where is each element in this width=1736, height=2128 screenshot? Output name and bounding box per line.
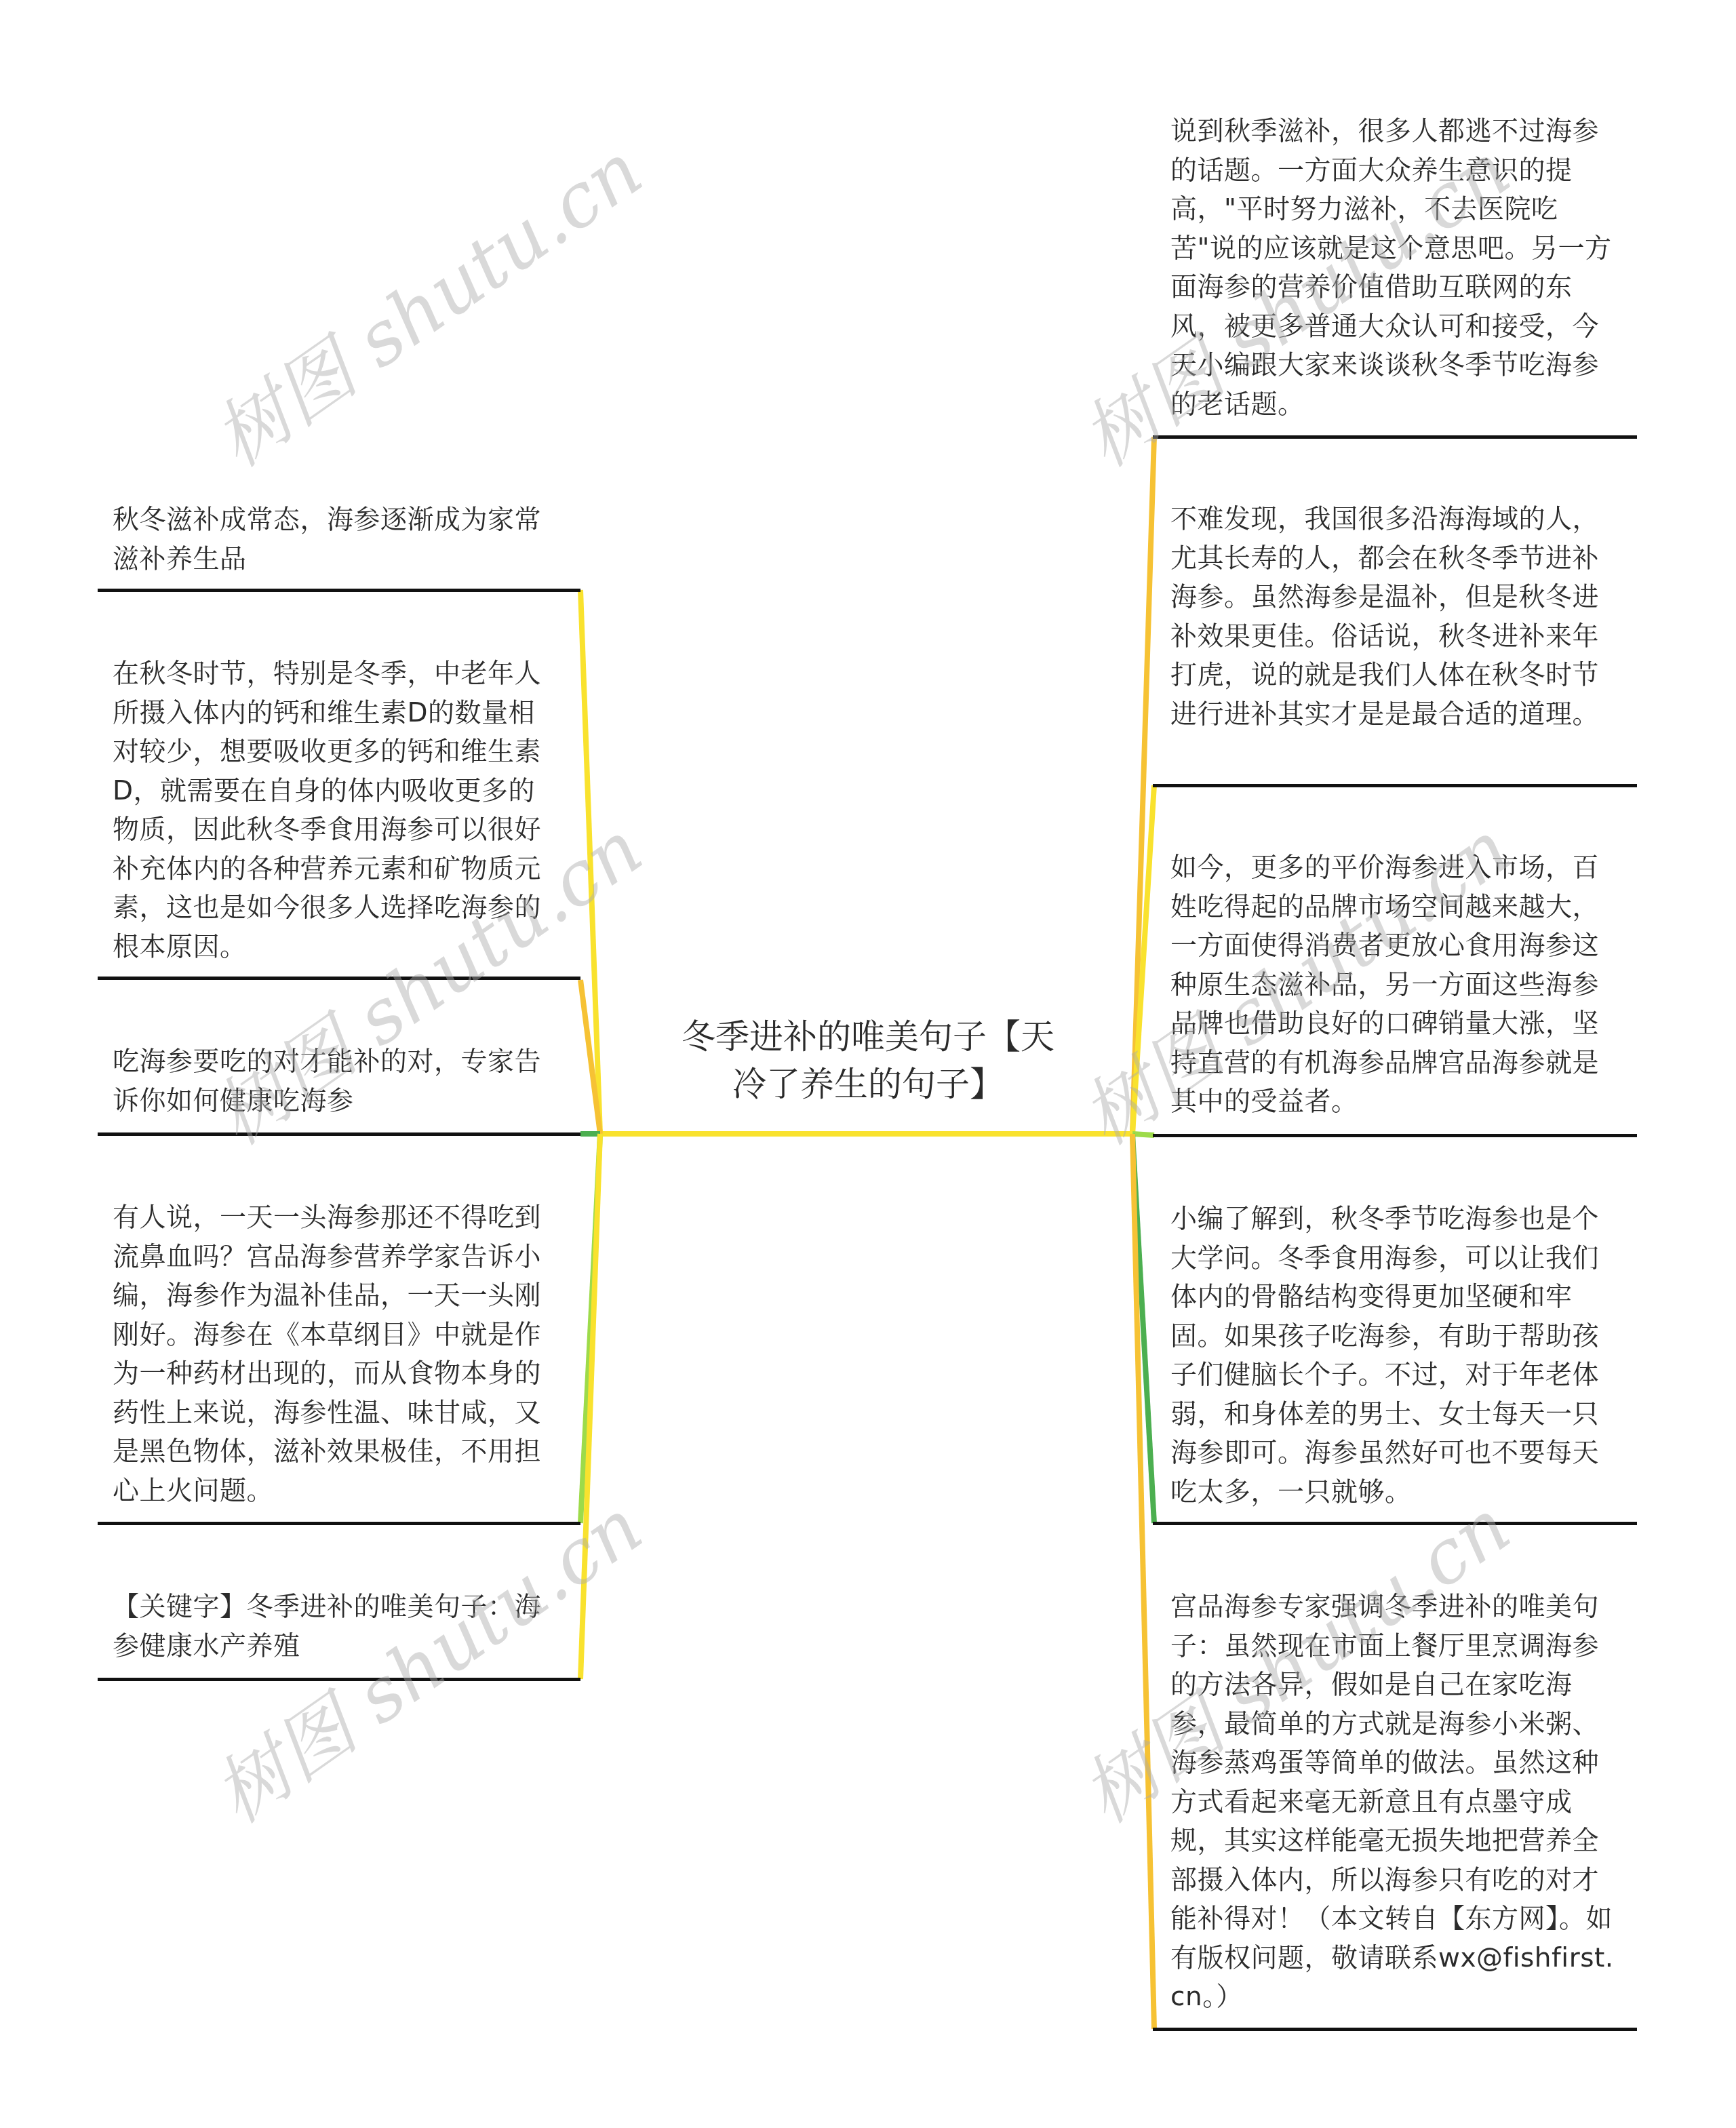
- node-underline: [98, 1678, 580, 1681]
- node-text: 如今，更多的平价海参进入市场，百姓吃得起的品牌市场空间越来越大，一方面使得消费者…: [1170, 848, 1618, 1122]
- right-node-2[interactable]: 不难发现，我国很多沿海海域的人，尤其长寿的人，都会在秋冬季节进补海参。虽然海参是…: [1153, 439, 1637, 787]
- node-text: 吃海参要吃的对才能补的对，专家告诉你如何健康吃海参: [113, 1042, 553, 1120]
- node-text: 小编了解到，秋冬季节吃海参也是个大学问。冬季食用海参，可以让我们体内的骨骼结构变…: [1170, 1200, 1618, 1512]
- node-text: 在秋冬时节，特别是冬季，中老年人所摄入体内的钙和维生素D的数量相对较少，想要吸收…: [113, 654, 553, 966]
- node-underline: [1153, 2028, 1637, 2031]
- node-text: 不难发现，我国很多沿海海域的人，尤其长寿的人，都会在秋冬季节进补海参。虽然海参是…: [1170, 500, 1618, 734]
- right-node-3[interactable]: 如今，更多的平价海参进入市场，百姓吃得起的品牌市场空间越来越大，一方面使得消费者…: [1153, 787, 1637, 1137]
- central-topic[interactable]: 冬季进补的唯美句子【天 冷了养生的句子】: [637, 1013, 1099, 1108]
- left-node-1[interactable]: 秋冬滋补成常态，海参逐渐成为家常滋补养生品: [98, 495, 580, 592]
- left-node-4[interactable]: 有人说，一天一头海参那还不得吃到流鼻血吗？宫品海参营养学家告诉小编，海参作为温补…: [98, 1136, 580, 1525]
- node-text: 秋冬滋补成常态，海参逐渐成为家常滋补养生品: [113, 500, 553, 578]
- central-topic-line-1: 冬季进补的唯美句子【天: [637, 1013, 1099, 1061]
- right-node-1[interactable]: 说到秋季滋补，很多人都逃不过海参的话题。一方面大众养生意识的提高，"平时努力滋补…: [1153, 109, 1637, 439]
- left-node-3[interactable]: 吃海参要吃的对才能补的对，专家告诉你如何健康吃海参: [98, 980, 580, 1136]
- node-text: 【关键字】冬季进补的唯美句子：海参健康水产养殖: [113, 1588, 553, 1666]
- node-text: 宫品海参专家强调冬季进补的唯美句子：虽然现在市面上餐厅里烹调海参的方法各异，假如…: [1170, 1588, 1618, 2017]
- right-node-5[interactable]: 宫品海参专家强调冬季进补的唯美句子：虽然现在市面上餐厅里烹调海参的方法各异，假如…: [1153, 1525, 1637, 2031]
- node-text: 有人说，一天一头海参那还不得吃到流鼻血吗？宫品海参营养学家告诉小编，海参作为温补…: [113, 1198, 553, 1510]
- central-topic-line-2: 冷了养生的句子】: [637, 1061, 1099, 1108]
- mindmap-canvas: 冬季进补的唯美句子【天 冷了养生的句子】 秋冬滋补成常态，海参逐渐成为家常滋补养…: [0, 0, 1736, 2128]
- right-node-4[interactable]: 小编了解到，秋冬季节吃海参也是个大学问。冬季食用海参，可以让我们体内的骨骼结构变…: [1153, 1137, 1637, 1525]
- left-node-5[interactable]: 【关键字】冬季进补的唯美句子：海参健康水产养殖: [98, 1525, 580, 1681]
- left-node-2[interactable]: 在秋冬时节，特别是冬季，中老年人所摄入体内的钙和维生素D的数量相对较少，想要吸收…: [98, 592, 580, 980]
- node-text: 说到秋季滋补，很多人都逃不过海参的话题。一方面大众养生意识的提高，"平时努力滋补…: [1170, 112, 1618, 424]
